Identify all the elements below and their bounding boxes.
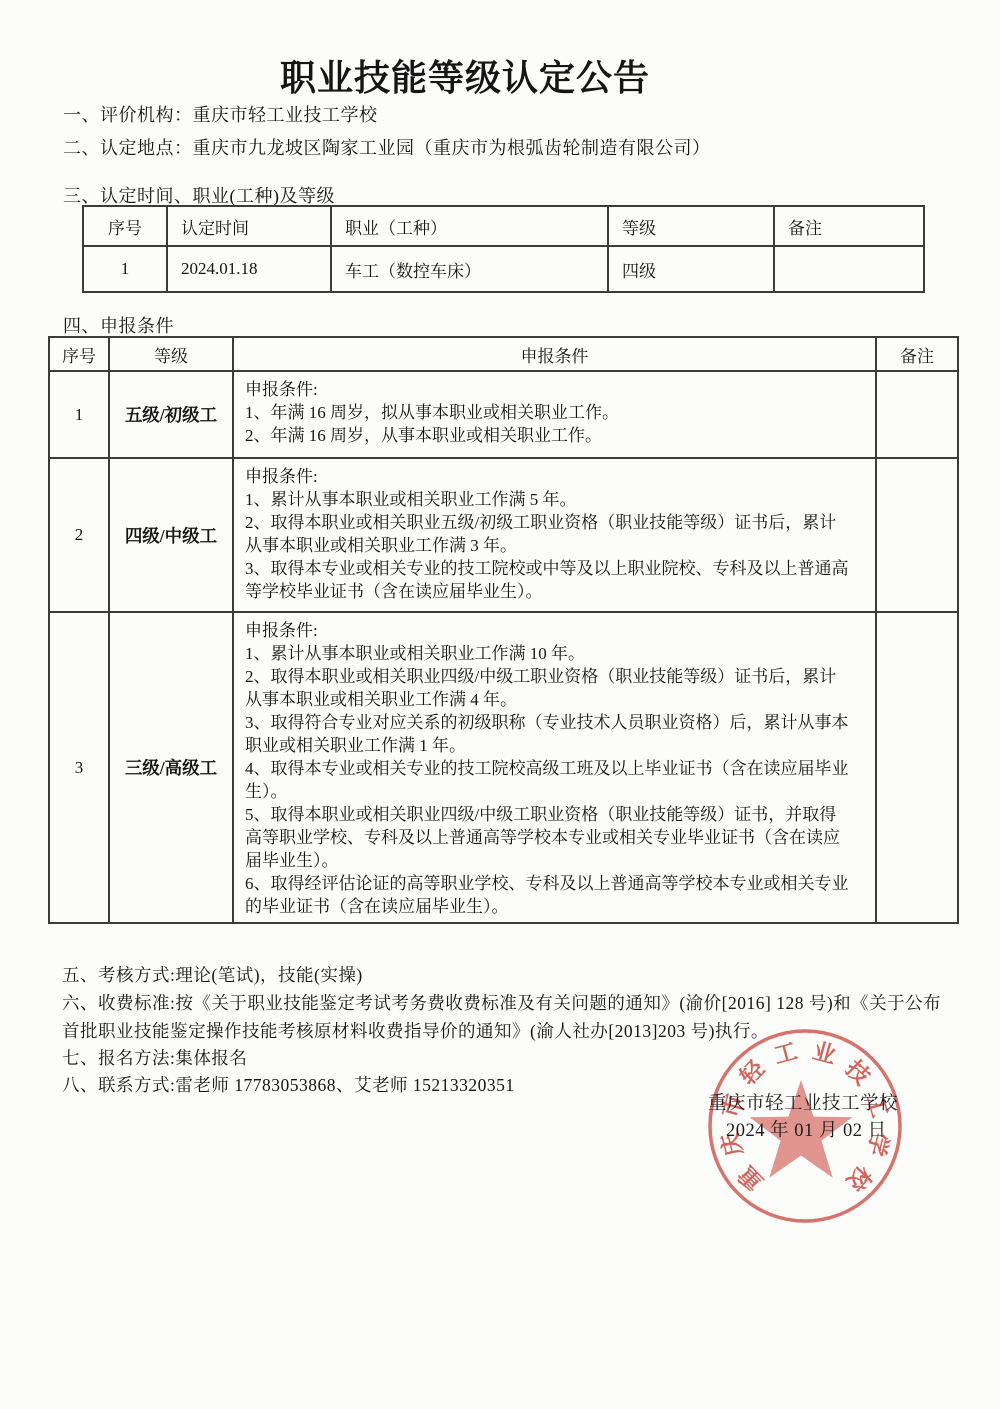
page-title: 职业技能等级认定公告 [0,50,930,101]
signature-org: 重庆市轻工业技工学校 [708,1089,898,1115]
conditions-cell-note [876,371,958,458]
stamp-arc-char: 业 [810,1038,839,1068]
stamp-arc-char: 重 [734,1161,768,1195]
signature-date: 2024 年 01 月 02 日 [726,1116,887,1142]
stamp-arc-char: 技 [841,1056,875,1090]
conditions-cell-no: 2 [49,458,109,612]
conditions-cell-no: 1 [49,371,109,458]
stamp-arc-char: 校 [841,1161,876,1196]
conditions-row-3: 3 三级/高级工 申报条件: 1、累计从事本职业或相关职业工作满 10 年。 2… [49,612,958,923]
conditions-cell-level: 四级/中级工 [109,458,233,612]
section-registration-method: 七、报名方法:集体报名 [62,1044,247,1072]
conditions-header-note: 备注 [876,337,958,371]
conditions-header-conditions: 申报条件 [233,337,876,371]
section-assessment-method: 五、考核方式:理论(笔试)，技能(实操) [62,961,363,989]
schedule-table-header-row: 序号 认定时间 职业（工种） 等级 备注 [83,206,924,246]
schedule-cell-no: 1 [83,246,167,292]
conditions-header-no: 序号 [49,337,109,371]
conditions-cell-text: 申报条件: 1、累计从事本职业或相关职业工作满 10 年。 2、取得本职业或相关… [233,612,876,923]
conditions-cell-level: 五级/初级工 [109,371,233,458]
conditions-row-1: 1 五级/初级工 申报条件: 1、年满 16 周岁，拟从事本职业或相关职业工作。… [49,371,958,458]
conditions-table-header-row: 序号 等级 申报条件 备注 [49,337,958,371]
section-evaluator: 一、评价机构：重庆市轻工业技工学校 [63,101,378,129]
schedule-header-occupation: 职业（工种） [331,206,608,246]
schedule-header-note: 备注 [774,206,924,246]
conditions-cell-no: 3 [49,612,109,923]
schedule-header-no: 序号 [83,206,167,246]
conditions-cell-note [876,612,958,923]
section-contact-info: 八、联系方式:雷老师 17783053868、艾老师 15213320351 [62,1071,515,1099]
stamp-arc-char: 工 [771,1038,800,1068]
schedule-table-row: 1 2024.01.18 车工（数控车床） 四级 [83,246,924,292]
conditions-cell-text: 申报条件: 1、年满 16 周岁，拟从事本职业或相关职业工作。 2、年满 16 … [233,371,876,458]
schedule-table: 序号 认定时间 职业（工种） 等级 备注 1 2024.01.18 车工（数控车… [82,205,925,293]
conditions-row-2: 2 四级/中级工 申报条件: 1、累计从事本职业或相关职业工作满 5 年。 2、… [49,458,958,612]
schedule-cell-note [774,246,924,292]
schedule-header-date: 认定时间 [167,206,331,246]
conditions-table: 序号 等级 申报条件 备注 1 五级/初级工 申报条件: 1、年满 16 周岁，… [48,336,959,924]
schedule-cell-date: 2024.01.18 [167,246,331,292]
conditions-cell-text: 申报条件: 1、累计从事本职业或相关职业工作满 5 年。 2、取得本职业或相关职… [233,458,876,612]
section-location: 二、认定地点：重庆市九龙坡区陶家工业园（重庆市为根弧齿轮制造有限公司） [63,134,711,162]
conditions-header-level: 等级 [109,337,233,371]
schedule-cell-level: 四级 [608,246,774,292]
schedule-header-level: 等级 [608,206,774,246]
schedule-cell-occupation: 车工（数控车床） [331,246,608,292]
conditions-cell-note [876,458,958,612]
conditions-cell-level: 三级/高级工 [109,612,233,923]
